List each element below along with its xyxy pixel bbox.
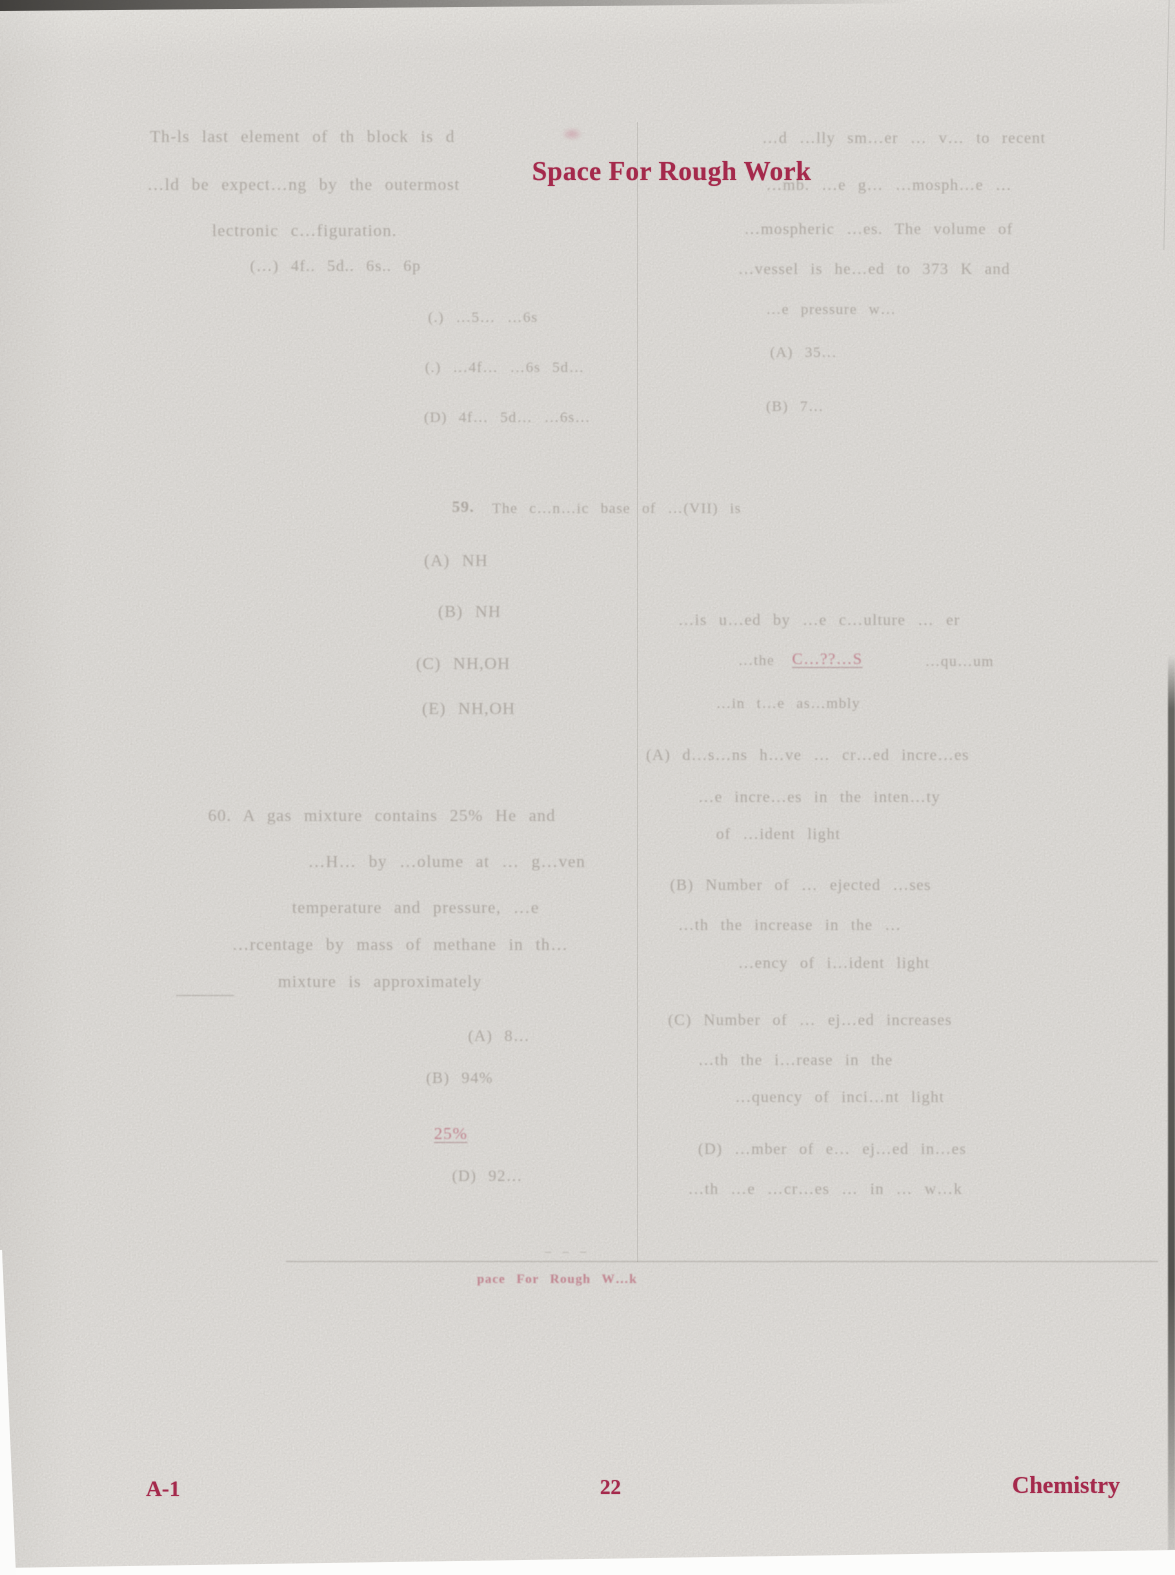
- ghost-text-line: lectronic c…figuration.: [212, 221, 397, 241]
- ghost-text-line: …qu…um: [925, 654, 994, 671]
- ghost-rule: [286, 1261, 1158, 1262]
- ghost-text-line: pace For Rough W…k: [477, 1271, 637, 1287]
- ghost-text-line: C…??…S: [792, 651, 863, 669]
- ghost-text-line: (.) …5… …6s: [428, 310, 538, 327]
- ghost-text-line: …th the increase in the …: [678, 917, 901, 935]
- ghost-text-line: 59.: [452, 499, 474, 517]
- ghost-text-line: of …ident light: [716, 826, 841, 844]
- ghost-text-line: …H… by …olume at … g…ven: [308, 852, 586, 872]
- scanned-exam-page: Th-ls last element of th block is d…ld b…: [0, 0, 1175, 1575]
- ghost-text-line: …e incre…es in the inten…ty: [698, 789, 940, 807]
- scan-shading-left: [0, 0, 70, 1575]
- ghost-text-line: (…) 4f.. 5d.. 6s.. 6p: [250, 258, 421, 276]
- ghost-text-line: (B) 94%: [426, 1070, 493, 1088]
- ghost-text-line: (D) …mber of e… ej…ed in…es: [698, 1141, 967, 1159]
- ghost-text-line: …mospheric …es. The volume of: [744, 221, 1013, 239]
- ghost-text-line: …th …e …cr…es … in … w…k: [688, 1181, 963, 1199]
- ghost-text-line: 60. A gas mixture contains 25% He and: [208, 806, 556, 826]
- ghost-text-line: (B) NH: [438, 602, 501, 622]
- rough-work-heading: Space For Rough Work: [532, 156, 811, 187]
- ghost-text-line: …ld be expect…ng by the outermost: [147, 175, 460, 195]
- ghost-text-line: (D) 4f… 5d… …6s…: [424, 410, 591, 427]
- ghost-text-line: …ency of i…ident light: [738, 955, 930, 973]
- ghost-text-line: 25%: [434, 1124, 468, 1144]
- subject-label: Chemistry: [1012, 1473, 1120, 1500]
- ghost-text-line: (B) Number of … ejected …ses: [670, 877, 931, 895]
- ghost-text-line: (C) NH,OH: [416, 654, 510, 674]
- ghost-text-line: temperature and pressure, …e: [292, 898, 539, 918]
- ghost-text-line: …d …lly sm…er … v… to recent: [762, 130, 1046, 148]
- ghost-text-line: (A) NH: [424, 551, 488, 571]
- ghost-text-line: (.) …4f… …6s 5d…: [425, 360, 585, 377]
- ghost-text-line: …rcentage by mass of methane in th…: [232, 935, 568, 955]
- ink-smudge: [561, 127, 583, 141]
- ghost-text-line: – – –: [545, 1244, 587, 1259]
- ghost-text-line: …the: [738, 653, 775, 670]
- ghost-text-line: mixture is approximately: [278, 972, 482, 992]
- page-number: 22: [600, 1475, 621, 1500]
- ghost-text-line: (A) 8…: [468, 1028, 530, 1046]
- ghost-text-line: …th the i…rease in the: [698, 1052, 893, 1070]
- ghost-text-line: (A) 35…: [770, 345, 837, 362]
- ghost-text-line: Th-ls last element of th block is d: [150, 127, 455, 147]
- ghost-text-line: …vessel is he…ed to 373 K and: [738, 261, 1010, 279]
- ghost-text-line: …in t…e as…mbly: [716, 696, 860, 713]
- ghost-text-line: …quency of inci…nt light: [735, 1089, 945, 1107]
- ghost-text-line: (A) d…s…ns h…ve … cr…ed incre…es: [646, 747, 969, 765]
- scan-edge-right: [1168, 655, 1175, 1550]
- column-divider-line: [637, 122, 638, 1262]
- ghost-text-line: (B) 7…: [766, 399, 824, 416]
- ghost-text-line: …e pressure w…: [766, 302, 896, 319]
- ghost-text-line: (D) 92…: [452, 1168, 523, 1186]
- booklet-code: A-1: [146, 1476, 180, 1502]
- ghost-text-line: The c…n…ic base of …(VII) is: [492, 501, 741, 518]
- ghost-rule: [176, 995, 234, 996]
- ghost-text-line: (E) NH,OH: [422, 699, 516, 719]
- ghost-text-line: (C) Number of … ej…ed increases: [668, 1012, 952, 1030]
- ghost-text-line: …is u…ed by …e c…ulture … er: [678, 612, 960, 630]
